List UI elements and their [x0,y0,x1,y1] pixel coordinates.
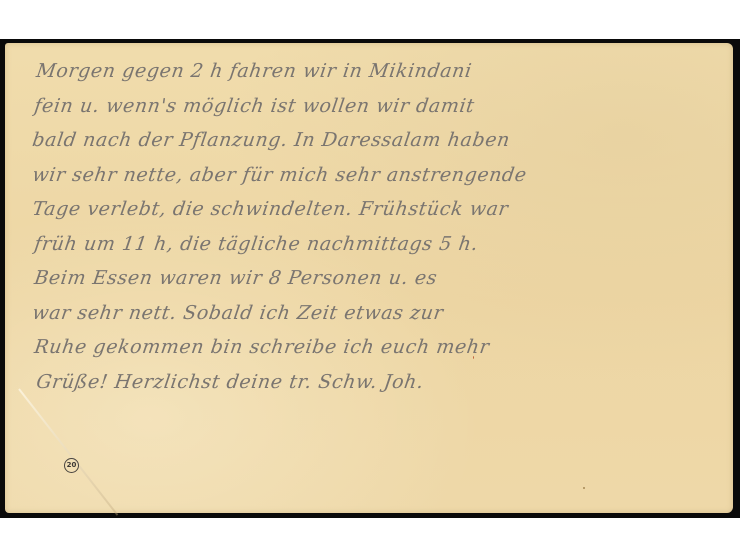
message-line: bald nach der Pflanzung. In Daressalam h… [30,123,735,158]
paper-crease [18,388,118,515]
message-line: Beim Essen waren wir 8 Personen u. es [32,261,735,296]
paper-speck [583,487,585,489]
message-line-signature: Grüße! Herzlichst deine tr. Schw. Joh. [34,365,735,400]
circled-number-stamp-icon: 20 [64,458,79,473]
message-line: Tage verlebt, die schwindelten. Frühstüc… [30,192,735,227]
message-line: war sehr nett. Sobald ich Zeit etwas zur [30,296,735,331]
message-line: wir sehr nette, aber für mich sehr anstr… [30,158,735,193]
message-line: Morgen gegen 2 h fahren wir in Mikindani [34,54,735,89]
handwritten-message: Morgen gegen 2 h fahren wir in Mikindani… [30,54,730,399]
paper-speck [473,356,474,359]
message-line: Ruhe gekommen bin schreibe ich euch mehr [32,330,735,365]
message-line: früh um 11 h, die tägliche nachmittags 5… [32,227,735,262]
message-line: fein u. wenn's möglich ist wollen wir da… [32,89,735,124]
